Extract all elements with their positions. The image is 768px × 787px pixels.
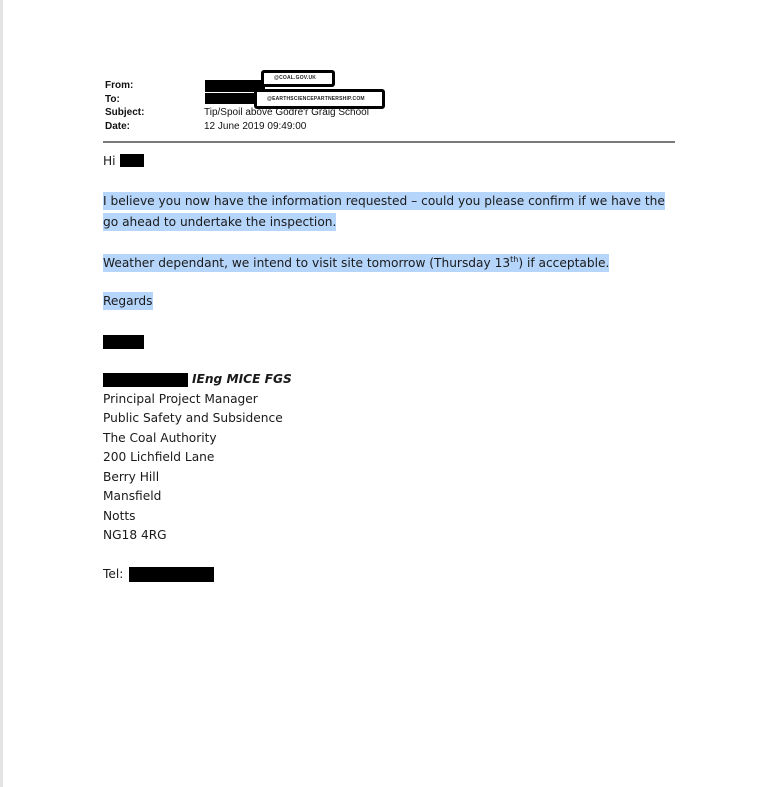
- signature-line-street: 200 Lichfield Lane: [103, 448, 292, 468]
- closing: Regards: [103, 291, 153, 312]
- signature-line-town: Mansfield: [103, 487, 292, 507]
- subject-label: Subject:: [105, 106, 204, 120]
- sender-credentials: IEng MICE FGS: [192, 370, 292, 390]
- date-value: 12 June 2019 09:49:00: [204, 120, 306, 134]
- signature-block: IEng MICE FGS Principal Project Manager …: [103, 370, 292, 546]
- recipient-name-redaction: [120, 154, 144, 167]
- to-label: To:: [105, 93, 204, 107]
- signature-line-department: Public Safety and Subsidence: [103, 409, 292, 429]
- tel-label: Tel:: [103, 565, 123, 584]
- signature-name-row: IEng MICE FGS: [103, 370, 292, 390]
- paragraph-1-text: I believe you now have the information r…: [103, 192, 665, 231]
- body-paragraph-2: Weather dependant, we intend to visit si…: [103, 253, 609, 274]
- from-label: From:: [105, 79, 204, 93]
- signature-line-job-title: Principal Project Manager: [103, 390, 292, 410]
- to-email-domain: @EARTHSCIENCEPARTNERSHIP.COM: [254, 89, 385, 109]
- sender-full-name-redaction: [103, 373, 188, 387]
- signature-line-locality: Berry Hill: [103, 468, 292, 488]
- date-row: Date: 12 June 2019 09:49:00: [105, 120, 369, 134]
- signature-line-organisation: The Coal Authority: [103, 429, 292, 449]
- telephone-redaction: [129, 567, 214, 582]
- telephone-row: Tel:: [103, 565, 214, 584]
- from-email-domain: @COAL.GOV.UK: [261, 70, 335, 87]
- paragraph-2-text: Weather dependant, we intend to visit si…: [103, 254, 609, 272]
- body-paragraph-1: I believe you now have the information r…: [103, 191, 673, 233]
- header-separator: [103, 141, 675, 143]
- sender-first-name-redaction: [103, 335, 144, 349]
- date-label: Date:: [105, 120, 204, 134]
- closing-text: Regards: [103, 292, 153, 310]
- signature-line-postcode: NG18 4RG: [103, 526, 292, 546]
- signature-line-county: Notts: [103, 507, 292, 527]
- greeting-text: Hi: [103, 154, 116, 168]
- paragraph-2-after: ) if acceptable.: [518, 256, 609, 270]
- greeting: Hi: [103, 151, 144, 172]
- paragraph-2-before: Weather dependant, we intend to visit si…: [103, 256, 510, 270]
- page-left-edge: [0, 0, 3, 787]
